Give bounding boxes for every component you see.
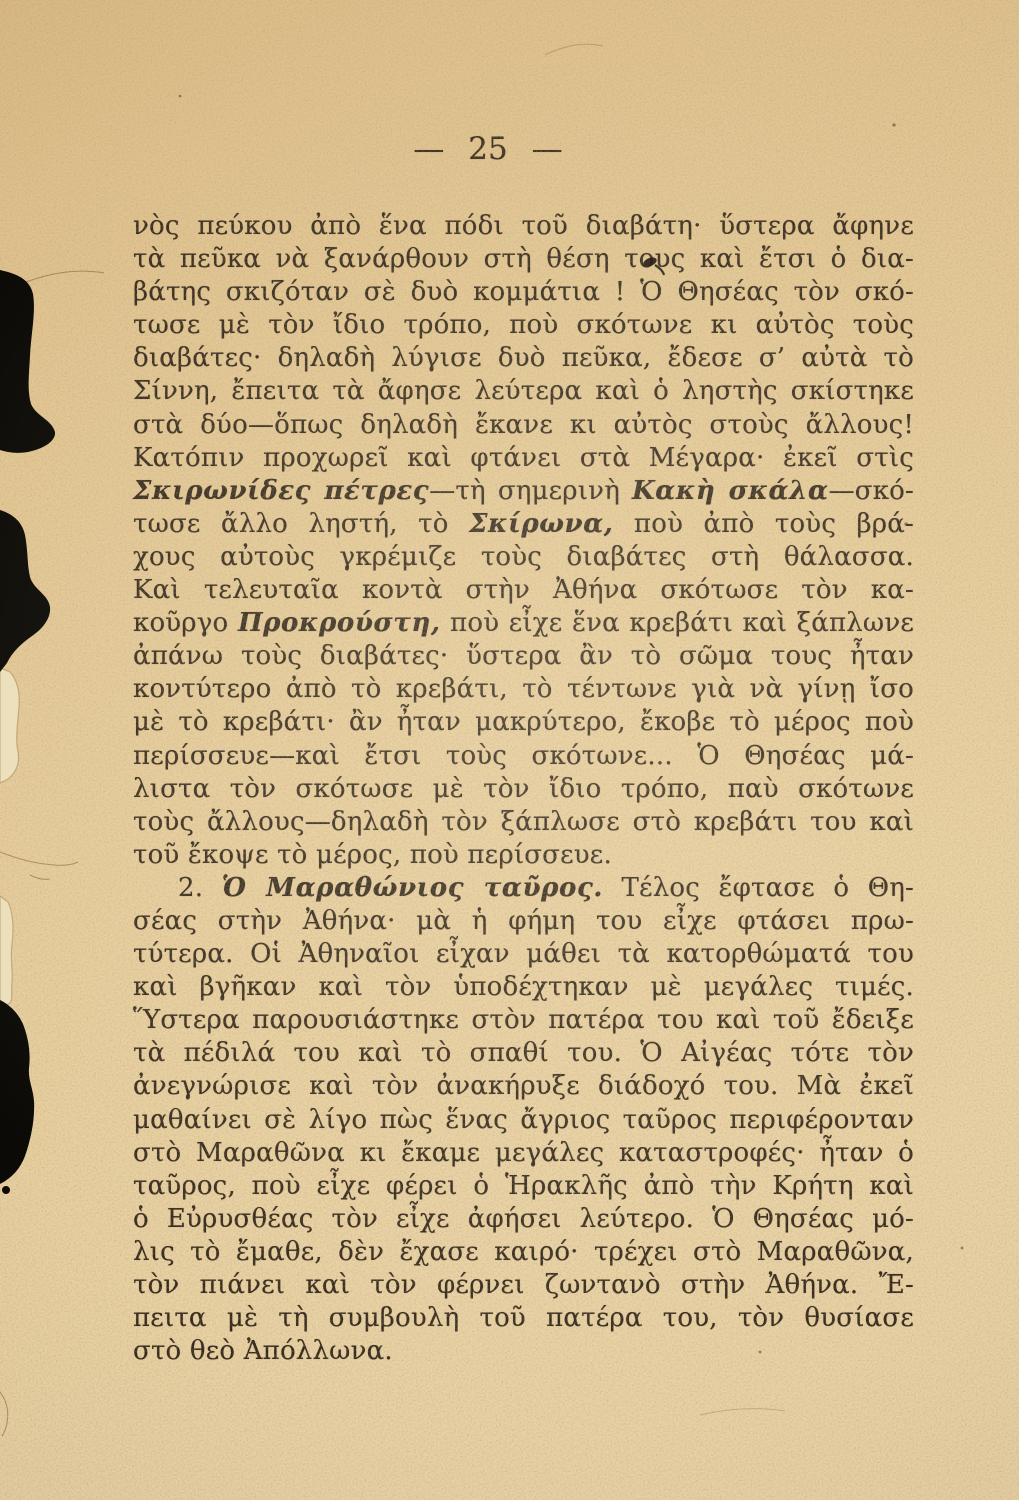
ink-blotches bbox=[0, 270, 55, 1194]
text-line: τὰ πεῦκα νὰ ξανάρθουν στὴ θέση τους καὶ … bbox=[133, 243, 914, 276]
text-line: ἀπάνω τοὺς διαβάτες· ὕστερα ἂν τὸ σῶμα τ… bbox=[133, 640, 914, 673]
text-run: περίσσευε—καὶ ἔτσι τοὺς σκότωνε... Ὁ Θησ… bbox=[133, 741, 914, 771]
text-line: κοντύτερο ἀπὸ τὸ κρεβάτι, τὸ τέντωνε γιὰ… bbox=[133, 673, 914, 706]
text-run: τὰ πέδιλά του καὶ τὸ σπαθί του. Ὁ Αἰγέας… bbox=[133, 1038, 914, 1068]
text-run: τωσε ἄλλο ληστή, τὸ bbox=[133, 509, 469, 539]
text-run: χους αὐτοὺς γκρέμιζε τοὺς διαβάτες στὴ θ… bbox=[133, 542, 914, 572]
text-run: Καὶ τελευταῖα κοντὰ στὴν Ἀθήνα σκότωσε τ… bbox=[133, 575, 914, 605]
text-line: τωσε ἄλλο ληστή, τὸ Σκίρωνα, ποὺ ἀπὸ τοὺ… bbox=[133, 508, 914, 541]
text-run-bold: Σκίρωνα, bbox=[469, 509, 613, 539]
text-line: τοῦ ἔκοψε τὸ μέρος, ποὺ περίσσευε. bbox=[133, 839, 914, 872]
text-line: μαθαίνει σὲ λίγο πὼς ἕνας ἄγριος ταῦρος … bbox=[133, 1104, 914, 1137]
text-run: ὁ Εὐρυσθέας τὸν εἶχε ἀφήσει λεύτερο. Ὁ Θ… bbox=[133, 1204, 914, 1234]
text-run: τοὺς ἄλλους—δηλαδὴ τὸν ξάπλωσε στὸ κρεβά… bbox=[133, 807, 914, 837]
text-run: τύτερα. Οἱ Ἀθηναῖοι εἶχαν μάθει τὰ κατορ… bbox=[133, 939, 914, 969]
text-line: ταῦρος, ποὺ εἶχε φέρει ὁ Ἡρακλῆς ἀπὸ τὴν… bbox=[133, 1170, 914, 1203]
text-line: βάτης σκιζόταν σὲ δυὸ κομμάτια ! Ὁ Θησέα… bbox=[133, 276, 914, 309]
text-run: τὸν πιάνει καὶ τὸν φέρνει ζωντανὸ στὴν Ἀ… bbox=[133, 1270, 914, 1300]
text-line: Κατόπιν προχωρεῖ καὶ φτάνει στὰ Μέγαρα· … bbox=[133, 442, 914, 475]
text-run: ἀνεγνώρισε καὶ τὸν ἀνακήρυξε διάδοχό του… bbox=[133, 1071, 914, 1101]
text-line: μὲ τὸ κρεβάτι· ἂν ἦταν μακρύτερο, ἔκοβε … bbox=[133, 706, 914, 739]
text-line: Καὶ τελευταῖα κοντὰ στὴν Ἀθήνα σκότωσε τ… bbox=[133, 574, 914, 607]
text-run: Σίννη, ἔπειτα τὰ ἄφησε λεύτερα καὶ ὁ λησ… bbox=[133, 376, 914, 406]
text-run: κοντύτερο ἀπὸ τὸ κρεβάτι, τὸ τέντωνε γιὰ… bbox=[133, 674, 914, 704]
text-run: πειτα μὲ τὴ συμβουλὴ τοῦ πατέρα του, τὸν… bbox=[133, 1303, 914, 1333]
text-line: περίσσευε—καὶ ἔτσι τοὺς σκότωνε... Ὁ Θησ… bbox=[133, 740, 914, 773]
text-run: στὸ θεὸ Ἀπόλλωνα. bbox=[133, 1336, 393, 1366]
text-run: τὰ πεῦκα νὰ ξανάρθουν στὴ θέση τους καὶ … bbox=[133, 244, 914, 274]
text-line: τωσε μὲ τὸν ἴδιο τρόπο, ποὺ σκότωνε κι α… bbox=[133, 309, 914, 342]
text-run: λις τὸ ἔμαθε, δὲν ἔχασε καιρό· τρέχει στ… bbox=[133, 1237, 914, 1267]
text-run: καὶ βγῆκαν καὶ τὸν ὑποδέχτηκαν μὲ μεγάλε… bbox=[133, 972, 914, 1002]
torn-paper-patches bbox=[0, 668, 19, 1008]
text-run: ποὺ εἶχε ἕνα κρεβάτι καὶ ξάπλωνε bbox=[441, 608, 914, 638]
text-line: τοὺς ἄλλους—δηλαδὴ τὸν ξάπλωσε στὸ κρεβά… bbox=[133, 806, 914, 839]
text-run: τοῦ ἔκοψε τὸ μέρος, ποὺ περίσσευε. bbox=[133, 840, 612, 870]
text-line: χους αὐτοὺς γκρέμιζε τοὺς διαβάτες στὴ θ… bbox=[133, 541, 914, 574]
text-run: —τὴ σημερινὴ bbox=[429, 476, 632, 506]
text-run: Ὕστερα παρουσιάστηκε στὸν πατέρα του καὶ… bbox=[133, 1005, 914, 1035]
text-run-bold: Προκρούστη, bbox=[238, 608, 441, 638]
text-line: κοῦργο Προκρούστη, ποὺ εἶχε ἕνα κρεβάτι … bbox=[133, 607, 914, 640]
text-run: τωσε μὲ τὸν ἴδιο τρόπο, ποὺ σκότωνε κι α… bbox=[133, 310, 914, 340]
text-run: στὸ Μαραθῶνα κι ἔκαμε μεγάλες καταστροφέ… bbox=[133, 1138, 914, 1168]
book-page-scan: — 25 — νὸς πεύκου ἀπὸ ἕνα πόδι τοῦ διαβά… bbox=[0, 0, 1019, 1500]
text-line: λις τὸ ἔμαθε, δὲν ἔχασε καιρό· τρέχει στ… bbox=[133, 1236, 914, 1269]
text-run: νὸς πεύκου ἀπὸ ἕνα πόδι τοῦ διαβάτη· ὕστ… bbox=[133, 211, 914, 241]
text-run: μὲ τὸ κρεβάτι· ἂν ἦταν μακρύτερο, ἔκοβε … bbox=[133, 707, 914, 737]
text-line: 2. Ὁ Μαραθώνιος ταῦρος. Τέλος ἔφτασε ὁ Θ… bbox=[133, 872, 914, 905]
text-run: στὰ δύο—ὅπως δηλαδὴ ἔκανε κι αὐτὸς στοὺς… bbox=[133, 410, 914, 440]
page-number: — 25 — bbox=[0, 129, 976, 169]
text-run-bold: Ὁ Μαραθώνιος ταῦρος. bbox=[222, 873, 603, 903]
text-run: λιστα τὸν σκότωσε μὲ τὸν ἴδιο τρόπο, παὺ… bbox=[133, 774, 914, 804]
text-run: κοῦργο bbox=[133, 608, 238, 638]
text-run: διαβάτες· δηλαδὴ λύγισε δυὸ πεῦκα, ἔδεσε… bbox=[133, 343, 914, 373]
text-run: σέας στὴν Ἀθήνα· μὰ ἡ φήμη του εἶχε φτάσ… bbox=[133, 906, 914, 936]
text-line: πειτα μὲ τὴ συμβουλὴ τοῦ πατέρα του, τὸν… bbox=[133, 1302, 914, 1335]
text-line: τύτερα. Οἱ Ἀθηναῖοι εἶχαν μάθει τὰ κατορ… bbox=[133, 938, 914, 971]
text-run: Κατόπιν προχωρεῖ καὶ φτάνει στὰ Μέγαρα· … bbox=[133, 443, 914, 473]
text-line: στὸ Μαραθῶνα κι ἔκαμε μεγάλες καταστροφέ… bbox=[133, 1137, 914, 1170]
text-run: ἀπάνω τοὺς διαβάτες· ὕστερα ἂν τὸ σῶμα τ… bbox=[133, 641, 914, 671]
text-line: λιστα τὸν σκότωσε μὲ τὸν ἴδιο τρόπο, παὺ… bbox=[133, 773, 914, 806]
text-line: νὸς πεύκου ἀπὸ ἕνα πόδι τοῦ διαβάτη· ὕστ… bbox=[133, 210, 914, 243]
text-line: τὸν πιάνει καὶ τὸν φέρνει ζωντανὸ στὴν Ἀ… bbox=[133, 1269, 914, 1302]
text-run: μαθαίνει σὲ λίγο πὼς ἕνας ἄγριος ταῦρος … bbox=[133, 1105, 914, 1135]
text-line: Σκιρωνίδες πέτρες—τὴ σημερινὴ Κακὴ σκάλα… bbox=[133, 475, 914, 508]
text-line: σέας στὴν Ἀθήνα· μὰ ἡ φήμη του εἶχε φτάσ… bbox=[133, 905, 914, 938]
text-line: Σίννη, ἔπειτα τὰ ἄφησε λεύτερα καὶ ὁ λησ… bbox=[133, 375, 914, 408]
text-run-bold: Σκιρωνίδες πέτρες bbox=[133, 476, 429, 506]
text-line: διαβάτες· δηλαδὴ λύγισε δυὸ πεῦκα, ἔδεσε… bbox=[133, 342, 914, 375]
text-run: ταῦρος, ποὺ εἶχε φέρει ὁ Ἡρακλῆς ἀπὸ τὴν… bbox=[133, 1171, 914, 1201]
text-line: ὁ Εὐρυσθέας τὸν εἶχε ἀφήσει λεύτερο. Ὁ Θ… bbox=[133, 1203, 914, 1236]
text-run: βάτης σκιζόταν σὲ δυὸ κομμάτια ! Ὁ Θησέα… bbox=[133, 277, 914, 307]
text-run: —σκό- bbox=[829, 476, 914, 506]
text-line: ἀνεγνώρισε καὶ τὸν ἀνακήρυξε διάδοχό του… bbox=[133, 1070, 914, 1103]
text-line: Ὕστερα παρουσιάστηκε στὸν πατέρα του καὶ… bbox=[133, 1004, 914, 1037]
text-line: στὸ θεὸ Ἀπόλλωνα. bbox=[133, 1335, 914, 1368]
text-line: τὰ πέδιλά του καὶ τὸ σπαθί του. Ὁ Αἰγέας… bbox=[133, 1037, 914, 1070]
text-run: 2. bbox=[178, 873, 222, 903]
text-run-bold: Κακὴ σκάλα bbox=[632, 476, 829, 506]
text-line: καὶ βγῆκαν καὶ τὸν ὑποδέχτηκαν μὲ μεγάλε… bbox=[133, 971, 914, 1004]
text-run: ποὺ ἀπὸ τοὺς βρά- bbox=[613, 509, 914, 539]
text-block: νὸς πεύκου ἀπὸ ἕνα πόδι τοῦ διαβάτη· ὕστ… bbox=[133, 210, 914, 1368]
text-run: Τέλος ἔφτασε ὁ Θη- bbox=[603, 873, 914, 903]
text-line: στὰ δύο—ὅπως δηλαδὴ ἔκανε κι αὐτὸς στοὺς… bbox=[133, 409, 914, 442]
